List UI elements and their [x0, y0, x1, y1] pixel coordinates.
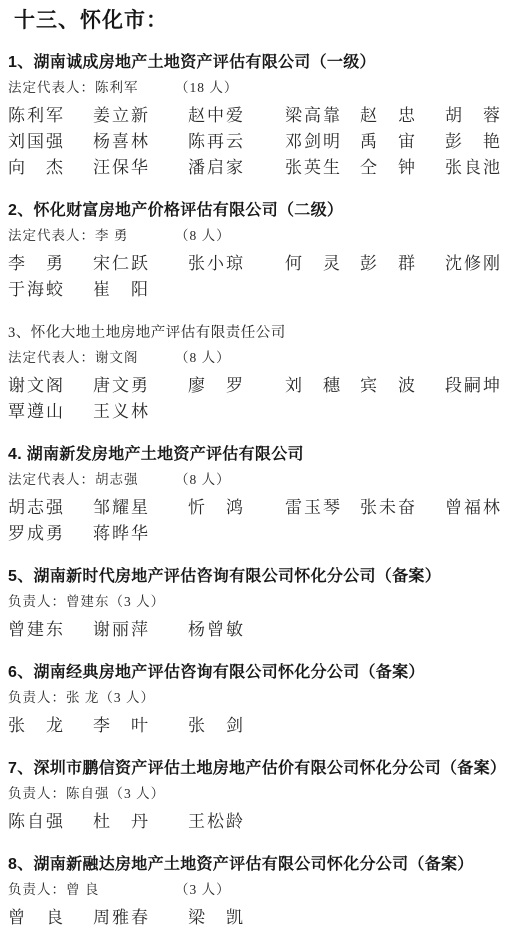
- person-name: 宋仁跃: [93, 252, 150, 276]
- person-name: 曾建东: [8, 618, 65, 642]
- person-name: 张未奋: [360, 496, 417, 520]
- representative-line: 负责人：陈自强（3 人）: [8, 785, 518, 803]
- person-name: 杜 丹: [93, 810, 150, 834]
- member-row: 曾建东谢丽萍杨曾敏: [8, 618, 518, 644]
- person-name: 潘启家: [188, 156, 245, 180]
- person-name: 邓剑明: [285, 130, 342, 154]
- person-name: 汪保华: [93, 156, 150, 180]
- member-row: 曾 良周雅春梁 凯: [8, 906, 518, 932]
- person-name: 于海蛟: [8, 278, 65, 302]
- person-name: 梁 凯: [188, 906, 245, 930]
- person-name: 彭 艳: [445, 130, 502, 154]
- member-name-grid: 曾建东谢丽萍杨曾敏: [8, 618, 518, 644]
- representative-label: 负责人：陈自强: [8, 786, 110, 801]
- member-row: 李 勇宋仁跃张小琼何 灵彭 群沈修刚: [8, 252, 518, 278]
- person-name: 覃遵山: [8, 400, 65, 424]
- member-row: 覃遵山王义林: [8, 400, 518, 426]
- person-name: 刘国强: [8, 130, 65, 154]
- representative-label: 法定代表人：李 勇: [8, 228, 128, 243]
- person-name: 姜立新: [93, 104, 150, 128]
- company-section: 7、深圳市鹏信资产评估土地房地产估价有限公司怀化分公司（备案） 负责人：陈自强（…: [8, 758, 518, 836]
- person-name: 沈修刚: [445, 252, 502, 276]
- company-section: 4. 湖南新发房地产土地资产评估有限公司 法定代表人：胡志强（8 人） 胡志强邹…: [8, 444, 518, 548]
- person-name: 崔 阳: [93, 278, 150, 302]
- representative-label: 法定代表人：陈利军: [8, 80, 139, 95]
- member-row: 张 龙李 叶张 剑: [8, 714, 518, 740]
- member-count: （3 人）: [110, 786, 166, 801]
- member-name-grid: 曾 良周雅春梁 凯: [8, 906, 518, 932]
- representative-line: 法定代表人：李 勇（8 人）: [8, 227, 518, 245]
- company-section: 5、湖南新时代房地产评估咨询有限公司怀化分公司（备案） 负责人：曾建东（3 人）…: [8, 566, 518, 644]
- person-name: 张英生: [285, 156, 342, 180]
- person-name: 陈自强: [8, 810, 65, 834]
- member-name-grid: 陈利军姜立新赵中爱梁高靠赵 忠胡 蓉刘国强杨喜林陈再云邓剑明禹 宙彭 艳向 杰汪…: [8, 104, 518, 182]
- company-title: 7、深圳市鹏信资产评估土地房地产估价有限公司怀化分公司（备案）: [8, 758, 518, 780]
- representative-line: 法定代表人：陈利军（18 人）: [8, 79, 518, 97]
- person-name: 张 剑: [188, 714, 245, 738]
- person-name: 梁高靠: [285, 104, 342, 128]
- member-row: 陈利军姜立新赵中爱梁高靠赵 忠胡 蓉: [8, 104, 518, 130]
- person-name: 雷玉琴: [285, 496, 342, 520]
- person-name: 杨喜林: [93, 130, 150, 154]
- company-section: 6、湖南经典房地产评估咨询有限公司怀化分公司（备案） 负责人：张 龙（3 人） …: [8, 662, 518, 740]
- person-name: 李 勇: [8, 252, 65, 276]
- person-name: 蒋晔华: [93, 522, 150, 546]
- person-name: 张良池: [445, 156, 502, 180]
- person-name: 胡志强: [8, 496, 65, 520]
- person-name: 忻 鸿: [188, 496, 245, 520]
- member-count: （3 人）: [175, 881, 231, 899]
- member-row: 于海蛟崔 阳: [8, 278, 518, 304]
- company-title: 6、湖南经典房地产评估咨询有限公司怀化分公司（备案）: [8, 662, 518, 684]
- person-name: 宾 波: [360, 374, 417, 398]
- representative-label: 负责人：张 龙: [8, 690, 99, 705]
- person-name: 胡 蓉: [445, 104, 502, 128]
- person-name: 张小琼: [188, 252, 245, 276]
- person-name: 段嗣坤: [445, 374, 502, 398]
- member-count: （8 人）: [175, 227, 231, 245]
- representative-line: 负责人：曾建东（3 人）: [8, 593, 518, 611]
- member-name-grid: 张 龙李 叶张 剑: [8, 714, 518, 740]
- company-section: 2、怀化财富房地产价格评估有限公司（二级） 法定代表人：李 勇（8 人） 李 勇…: [8, 200, 518, 304]
- page-title: 十三、怀化市：: [14, 8, 518, 34]
- representative-label: 法定代表人：胡志强: [8, 472, 139, 487]
- person-name: 曾 良: [8, 906, 65, 930]
- company-section: 3、怀化大地土地房地产评估有限责任公司 法定代表人：谢文阁（8 人） 谢文阁唐文…: [8, 322, 518, 426]
- representative-label: 负责人：曾建东: [8, 594, 110, 609]
- representative-label: 负责人：曾 良: [8, 882, 99, 897]
- representative-line: 法定代表人：胡志强（8 人）: [8, 471, 518, 489]
- company-title: 4. 湖南新发房地产土地资产评估有限公司: [8, 444, 518, 466]
- representative-line: 法定代表人：谢文阁（8 人）: [8, 349, 518, 367]
- company-title: 2、怀化财富房地产价格评估有限公司（二级）: [8, 200, 518, 222]
- member-row: 向 杰汪保华潘启家张英生仝 钟张良池: [8, 156, 518, 182]
- person-name: 谢文阁: [8, 374, 65, 398]
- person-name: 廖 罗: [188, 374, 245, 398]
- company-title: 5、湖南新时代房地产评估咨询有限公司怀化分公司（备案）: [8, 566, 518, 588]
- member-row: 陈自强杜 丹王松龄: [8, 810, 518, 836]
- member-name-grid: 谢文阁唐文勇廖 罗刘 穗宾 波段嗣坤覃遵山王义林: [8, 374, 518, 426]
- person-name: 何 灵: [285, 252, 342, 276]
- document-page: 十三、怀化市： 1、湖南诚成房地产土地资产评估有限公司（一级） 法定代表人：陈利…: [0, 0, 524, 934]
- person-name: 仝 钟: [360, 156, 417, 180]
- person-name: 陈利军: [8, 104, 65, 128]
- person-name: 邹耀星: [93, 496, 150, 520]
- person-name: 周雅春: [93, 906, 150, 930]
- person-name: 罗成勇: [8, 522, 65, 546]
- company-title: 3、怀化大地土地房地产评估有限责任公司: [8, 322, 518, 344]
- person-name: 曾福林: [445, 496, 502, 520]
- person-name: 王松龄: [188, 810, 245, 834]
- member-count: （3 人）: [99, 690, 155, 705]
- representative-line: 负责人：张 龙（3 人）: [8, 689, 518, 707]
- representative-line: 负责人：曾 良（3 人）: [8, 881, 518, 899]
- person-name: 向 杰: [8, 156, 65, 180]
- person-name: 彭 群: [360, 252, 417, 276]
- person-name: 谢丽萍: [93, 618, 150, 642]
- member-name-grid: 李 勇宋仁跃张小琼何 灵彭 群沈修刚于海蛟崔 阳: [8, 252, 518, 304]
- company-section: 8、湖南新融达房地产土地资产评估有限公司怀化分公司（备案） 负责人：曾 良（3 …: [8, 854, 518, 932]
- member-row: 刘国强杨喜林陈再云邓剑明禹 宙彭 艳: [8, 130, 518, 156]
- person-name: 赵中爱: [188, 104, 245, 128]
- person-name: 禹 宙: [360, 130, 417, 154]
- member-count: （18 人）: [175, 79, 238, 97]
- company-title: 1、湖南诚成房地产土地资产评估有限公司（一级）: [8, 52, 518, 74]
- person-name: 陈再云: [188, 130, 245, 154]
- person-name: 杨曾敏: [188, 618, 245, 642]
- person-name: 唐文勇: [93, 374, 150, 398]
- member-name-grid: 陈自强杜 丹王松龄: [8, 810, 518, 836]
- person-name: 赵 忠: [360, 104, 417, 128]
- person-name: 李 叶: [93, 714, 150, 738]
- company-title: 8、湖南新融达房地产土地资产评估有限公司怀化分公司（备案）: [8, 854, 518, 876]
- member-row: 胡志强邹耀星忻 鸿雷玉琴张未奋曾福林: [8, 496, 518, 522]
- member-row: 罗成勇蒋晔华: [8, 522, 518, 548]
- member-row: 谢文阁唐文勇廖 罗刘 穗宾 波段嗣坤: [8, 374, 518, 400]
- person-name: 刘 穗: [285, 374, 342, 398]
- member-count: （8 人）: [175, 471, 231, 489]
- person-name: 王义林: [93, 400, 150, 424]
- company-section: 1、湖南诚成房地产土地资产评估有限公司（一级） 法定代表人：陈利军（18 人） …: [8, 52, 518, 182]
- member-count: （3 人）: [110, 594, 166, 609]
- member-count: （8 人）: [175, 349, 231, 367]
- member-name-grid: 胡志强邹耀星忻 鸿雷玉琴张未奋曾福林罗成勇蒋晔华: [8, 496, 518, 548]
- representative-label: 法定代表人：谢文阁: [8, 350, 139, 365]
- person-name: 张 龙: [8, 714, 65, 738]
- company-list: 1、湖南诚成房地产土地资产评估有限公司（一级） 法定代表人：陈利军（18 人） …: [8, 52, 518, 932]
